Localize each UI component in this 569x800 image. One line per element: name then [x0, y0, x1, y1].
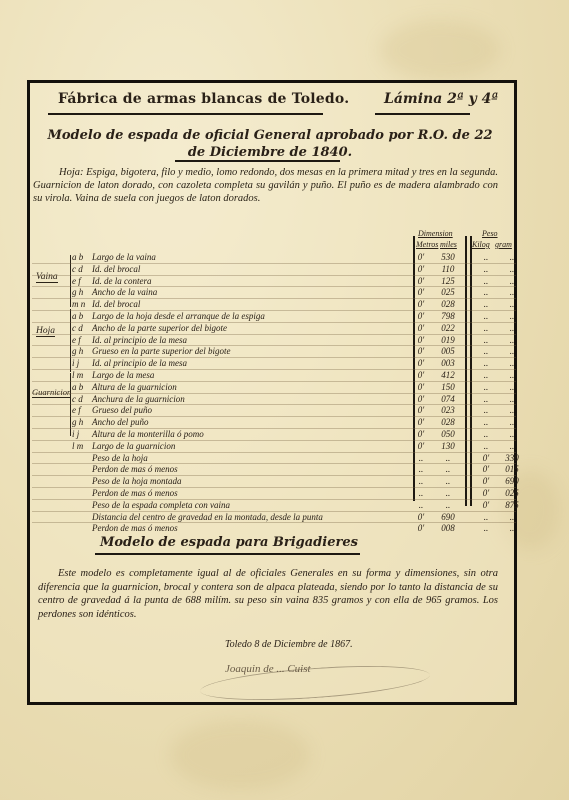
- peso-kilog: ..: [475, 276, 497, 286]
- row-code: l m: [72, 441, 92, 451]
- table-row: a bLargo de la vaina0'530....: [32, 252, 516, 264]
- dim-milesimas: 798: [432, 311, 464, 321]
- peso-kilog: ..: [475, 523, 497, 533]
- row-label: Altura de la guarnicion: [92, 382, 177, 392]
- dim-metros: 0': [410, 346, 432, 356]
- row-code: c d: [72, 264, 92, 274]
- dim-metros: 0': [410, 523, 432, 533]
- row-code: g h: [72, 417, 92, 427]
- row-label: Id. al principio de la mesa: [92, 358, 187, 368]
- peso-gram: ..: [497, 429, 527, 439]
- peso-gram: ..: [497, 252, 527, 262]
- subtitle-line-1: Modelo de espada de oficial General apro…: [40, 127, 500, 144]
- dim-metros: ..: [410, 464, 432, 474]
- peso-gram: ..: [497, 370, 527, 380]
- row-label: Grueso del puño: [92, 405, 152, 415]
- peso-gram: 330: [497, 453, 527, 463]
- dim-milesimas: 110: [432, 264, 464, 274]
- peso-kilog: ..: [475, 358, 497, 368]
- dim-milesimas: 028: [432, 417, 464, 427]
- dim-metros: ..: [410, 488, 432, 498]
- table-row: Peso de la espada completa con vaina....…: [32, 500, 516, 512]
- peso-gram: ..: [497, 405, 527, 415]
- table-row: g hAncho del puño0'028....: [32, 417, 516, 429]
- dim-milesimas: ..: [432, 453, 464, 463]
- peso-gram: ..: [497, 335, 527, 345]
- measurement-table: a bLargo de la vaina0'530.... c dId. del…: [32, 252, 516, 534]
- dim-metros: 0': [410, 441, 432, 451]
- dim-milesimas: 125: [432, 276, 464, 286]
- table-row: l mLargo de la guarnicion0'130....: [32, 441, 516, 453]
- table-row: g hAncho de la vaina0'025....: [32, 287, 516, 299]
- dim-milesimas: 050: [432, 429, 464, 439]
- row-label: Peso de la espada completa con vaina: [92, 500, 230, 510]
- dim-metros: 0': [410, 382, 432, 392]
- peso-kilog: ..: [475, 429, 497, 439]
- row-code: a b: [72, 311, 92, 321]
- dim-milesimas: 022: [432, 323, 464, 333]
- table-row: g hGrueso en la parte superior del bigot…: [32, 346, 516, 358]
- dim-metros: 0': [410, 512, 432, 522]
- dim-milesimas: 005: [432, 346, 464, 356]
- peso-kilog: ..: [475, 264, 497, 274]
- dim-milesimas: 019: [432, 335, 464, 345]
- row-label: Id. de la contera: [92, 276, 151, 286]
- header-kilog: Kilog: [472, 240, 490, 249]
- row-code: a b: [72, 382, 92, 392]
- peso-gram: ..: [497, 512, 527, 522]
- table-row: i jId. al principio de la mesa0'003....: [32, 358, 516, 370]
- dim-metros: 0': [410, 335, 432, 345]
- row-code: e f: [72, 405, 92, 415]
- factory-title: Fábrica de armas blancas de Toledo.: [58, 91, 349, 107]
- dim-metros: ..: [410, 453, 432, 463]
- plate-number: Lámina 2ª y 4ª: [384, 91, 498, 107]
- row-code: m n: [72, 299, 92, 309]
- dim-metros: 0': [410, 264, 432, 274]
- peso-gram: ..: [497, 441, 527, 451]
- row-label: Largo de la hoja desde el arranque de la…: [92, 311, 265, 321]
- dim-metros: 0': [410, 311, 432, 321]
- dim-milesimas: 008: [432, 523, 464, 533]
- dim-metros: ..: [410, 476, 432, 486]
- header-dimension: Dimension: [418, 229, 453, 238]
- signature: Joaquin de ... Cuist: [225, 663, 311, 675]
- table-row: e fId. al principio de la mesa0'019....: [32, 335, 516, 347]
- peso-kilog: ..: [475, 252, 497, 262]
- row-label: Perdon de mas ó menos: [92, 464, 178, 474]
- row-code: g h: [72, 346, 92, 356]
- peso-gram: ..: [497, 264, 527, 274]
- header-peso: Peso: [482, 229, 498, 238]
- peso-kilog: ..: [475, 417, 497, 427]
- row-label: Id. del brocal: [92, 264, 140, 274]
- dim-metros: 0': [410, 370, 432, 380]
- table-row: Perdon de mas ó menos....0'025: [32, 488, 516, 500]
- row-code: e f: [72, 276, 92, 286]
- dim-milesimas: 530: [432, 252, 464, 262]
- dim-milesimas: ..: [432, 476, 464, 486]
- row-label: Grueso en la parte superior del bigote: [92, 346, 231, 356]
- row-label: Ancho de la vaina: [92, 287, 157, 297]
- table-row: l mLargo de la mesa0'412....: [32, 370, 516, 382]
- dim-metros: 0': [410, 287, 432, 297]
- dim-milesimas: ..: [432, 500, 464, 510]
- peso-kilog: ..: [475, 405, 497, 415]
- dim-milesimas: 025: [432, 287, 464, 297]
- peso-gram: ..: [497, 382, 527, 392]
- dim-milesimas: ..: [432, 488, 464, 498]
- row-code: g h: [72, 287, 92, 297]
- dim-metros: 0': [410, 276, 432, 286]
- peso-gram: ..: [497, 523, 527, 533]
- brigadieres-underline: [95, 553, 360, 555]
- peso-kilog: ..: [475, 287, 497, 297]
- table-row: Distancia del centro de gravedad en la m…: [32, 512, 516, 524]
- peso-gram: ..: [497, 311, 527, 321]
- table-row: c dId. del brocal0'110....: [32, 264, 516, 276]
- peso-gram: ..: [497, 276, 527, 286]
- table-row: Perdon de mas ó menos0'008....: [32, 523, 516, 534]
- row-label: Id. del brocal: [92, 299, 140, 309]
- peso-kilog: ..: [475, 382, 497, 392]
- row-label: Largo de la mesa: [92, 370, 154, 380]
- table-row: a bLargo de la hoja desde el arranque de…: [32, 311, 516, 323]
- peso-gram: ..: [497, 299, 527, 309]
- row-label: Ancho del puño: [92, 417, 149, 427]
- dim-metros: 0': [410, 394, 432, 404]
- dim-milesimas: 003: [432, 358, 464, 368]
- row-label: Distancia del centro de gravedad en la m…: [92, 512, 323, 522]
- row-code: i j: [72, 429, 92, 439]
- row-code: l m: [72, 370, 92, 380]
- subtitle-underline: [175, 160, 340, 162]
- dim-metros: 0': [410, 417, 432, 427]
- dim-metros: 0': [410, 323, 432, 333]
- dim-milesimas: 028: [432, 299, 464, 309]
- row-label: Largo de la vaina: [92, 252, 156, 262]
- peso-kilog: ..: [475, 512, 497, 522]
- table-row: Perdon de mas ó menos....0'015: [32, 464, 516, 476]
- row-label: Altura de la monterilla ó pomo: [92, 429, 204, 439]
- dim-metros: 0': [410, 252, 432, 262]
- peso-kilog: ..: [475, 311, 497, 321]
- table-row: a bAltura de la guarnicion0'150....: [32, 382, 516, 394]
- dim-milesimas: 074: [432, 394, 464, 404]
- peso-gram: ..: [497, 346, 527, 356]
- dim-milesimas: 412: [432, 370, 464, 380]
- peso-kilog: 0': [475, 500, 497, 510]
- row-code: e f: [72, 335, 92, 345]
- peso-kilog: ..: [475, 370, 497, 380]
- header-metros: Metros: [416, 240, 438, 249]
- plate-underline: [375, 113, 470, 115]
- row-code: a b: [72, 252, 92, 262]
- dim-metros: ..: [410, 500, 432, 510]
- table-row: Peso de la hoja....0'330: [32, 453, 516, 465]
- dim-metros: 0': [410, 358, 432, 368]
- peso-gram: 025: [497, 488, 527, 498]
- peso-gram: ..: [497, 394, 527, 404]
- brigadieres-text: Este modelo es completamente igual al de…: [38, 567, 498, 621]
- peso-kilog: 0': [475, 464, 497, 474]
- peso-kilog: 0': [475, 476, 497, 486]
- table-row: i jAltura de la monterilla ó pomo0'050..…: [32, 429, 516, 441]
- row-label: Peso de la hoja: [92, 453, 148, 463]
- row-code: i j: [72, 358, 92, 368]
- dim-metros: 0': [410, 405, 432, 415]
- peso-kilog: ..: [475, 323, 497, 333]
- row-label: Largo de la guarnicion: [92, 441, 175, 451]
- row-label: Perdon de mas ó menos: [92, 523, 178, 533]
- date-line: Toledo 8 de Diciembre de 1867.: [225, 639, 353, 650]
- dim-milesimas: ..: [432, 464, 464, 474]
- row-code: c d: [72, 394, 92, 404]
- table-row: c dAnchura de la guarnicion0'074....: [32, 394, 516, 406]
- table-row: m nId. del brocal0'028....: [32, 299, 516, 311]
- model-subtitle: Modelo de espada de oficial General apro…: [40, 127, 500, 161]
- row-label: Ancho de la parte superior del bigote: [92, 323, 227, 333]
- dim-milesimas: 130: [432, 441, 464, 451]
- dim-milesimas: 150: [432, 382, 464, 392]
- peso-gram: 690: [497, 476, 527, 486]
- brigadieres-title: Modelo de espada para Brigadieres: [100, 535, 358, 550]
- row-label: Peso de la hoja montada: [92, 476, 182, 486]
- peso-kilog: ..: [475, 299, 497, 309]
- peso-gram: 875: [497, 500, 527, 510]
- dim-metros: 0': [410, 429, 432, 439]
- title-underline: [48, 113, 323, 115]
- sword-description: Hoja: Espiga, bigotera, filo y medio, lo…: [33, 166, 498, 205]
- peso-gram: ..: [497, 417, 527, 427]
- peso-kilog: ..: [475, 441, 497, 451]
- row-label: Perdon de mas ó menos: [92, 488, 178, 498]
- peso-kilog: ..: [475, 394, 497, 404]
- dim-milesimas: 690: [432, 512, 464, 522]
- peso-gram: ..: [497, 358, 527, 368]
- row-label: Id. al principio de la mesa: [92, 335, 187, 345]
- peso-kilog: 0': [475, 488, 497, 498]
- row-label: Anchura de la guarnicion: [92, 394, 185, 404]
- header-milesimas: miles: [440, 240, 457, 249]
- peso-kilog: ..: [475, 346, 497, 356]
- dim-metros: 0': [410, 299, 432, 309]
- peso-gram: ..: [497, 287, 527, 297]
- header-gram: gram: [495, 240, 512, 249]
- row-code: c d: [72, 323, 92, 333]
- table-row: e fGrueso del puño0'023....: [32, 405, 516, 417]
- peso-kilog: 0': [475, 453, 497, 463]
- table-row: c dAncho de la parte superior del bigote…: [32, 323, 516, 335]
- table-row: Peso de la hoja montada....0'690: [32, 476, 516, 488]
- peso-gram: ..: [497, 323, 527, 333]
- table-row: e fId. de la contera0'125....: [32, 276, 516, 288]
- subtitle-line-2: de Diciembre de 1840.: [40, 144, 500, 161]
- peso-gram: 015: [497, 464, 527, 474]
- peso-kilog: ..: [475, 335, 497, 345]
- dim-milesimas: 023: [432, 405, 464, 415]
